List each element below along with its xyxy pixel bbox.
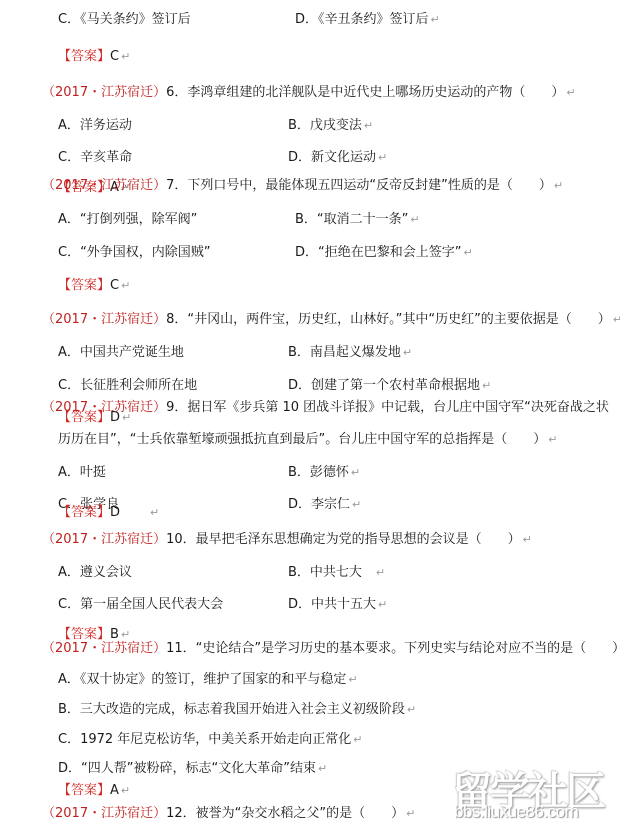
q5-option-c: C．《马关条约》签订后 <box>58 12 191 28</box>
q10-option-a: A．遵义会议 <box>58 565 132 581</box>
q6-option-a: A．洋务运动 <box>58 118 132 134</box>
q9-option-a: A．叶挺 <box>58 465 106 481</box>
q7-option-d: D．“拒绝在巴黎和会上签字”↵ <box>295 245 473 261</box>
q9-stem-continued: 历历在目”，“士兵依靠堑壕顽强抵抗直到最后”。台儿庄中国守军的总指挥是（ ）↵ <box>58 432 557 448</box>
q8-option-b: B．南昌起义爆发地↵ <box>288 345 412 361</box>
q7-answer: 【答案】C↵ <box>58 278 130 294</box>
q8-option-c: C．长征胜利会师所在地 <box>58 378 197 394</box>
q6-option-b: B．戊戌变法↵ <box>288 118 373 134</box>
q8-option-d: D．创建了第一个农村革命根据地↵ <box>288 378 491 394</box>
q7-option-a: A．“打倒列强，除军阀” <box>58 212 197 228</box>
watermark-logo: 留学社区 bbs.liuxue86.com <box>452 760 614 822</box>
q5-answer: 【答案】C↵ <box>58 49 130 65</box>
q10-option-d: D．中共十五大↵ <box>288 597 387 613</box>
q10-stem: （2017・江苏宿迁）10．最早把毛泽东思想确定为党的指导思想的会议是（ ）↵ <box>42 532 532 548</box>
q11-stem: （2017・江苏宿迁）11．“史论结合”是学习历史的基本要求。下列史实与结论对应… <box>42 641 620 657</box>
q6-option-c: C．辛亥革命 <box>58 150 132 166</box>
q9-option-b: B．彭德怀↵ <box>288 465 360 481</box>
q8-stem: （2017・江苏宿迁）8．“井冈山，两件宝，历史红，山林好。”其中“历史红”的主… <box>42 312 620 328</box>
q5-option-d: D．《辛丑条约》签订后↵ <box>295 12 440 28</box>
q10-option-c: C．第一届全国人民代表大会 <box>58 597 223 613</box>
q9-stem: （2017・江苏宿迁）9．据日军《步兵第 10 团战斗详报》中记载，台儿庄中国守… <box>42 400 609 416</box>
q6-stem: （2017・江苏宿迁）6．李鸿章组建的北洋舰队是中近代史上哪场历史运动的产物（ … <box>42 85 576 101</box>
q11-option-c: C．1972 年尼克松访华，中美关系开始走向正常化↵ <box>58 732 363 748</box>
q9-answer: 【答案】D↵ <box>58 505 159 521</box>
q10-option-b: B．中共七大↵ <box>288 565 385 581</box>
q11-option-a: A．《双十协定》的签订，维护了国家的和平与稳定↵ <box>58 672 358 688</box>
watermark-url: bbs.liuxue86.com <box>454 802 578 822</box>
q11-answer: 【答案】A↵ <box>58 783 130 799</box>
q7-option-c: C．“外争国权，内除国贼” <box>58 245 211 261</box>
q9-option-d: D．李宗仁↵ <box>288 497 361 513</box>
q11-option-d: D．“四人帮”被粉碎，标志“文化大革命”结束↵ <box>58 761 327 777</box>
q6-option-d: D．新文化运动↵ <box>288 150 387 166</box>
q11-option-b: B．三大改造的完成，标志着我国开始进入社会主义初级阶段↵ <box>58 702 416 718</box>
q7-option-b: B．“取消二十一条”↵ <box>295 212 420 228</box>
q8-option-a: A．中国共产党诞生地 <box>58 345 184 361</box>
q12-stem: （2017・江苏宿迁）12．被誉为“杂交水稻之父”的是（ ）↵ <box>42 806 415 822</box>
q7-stem: （2017・江苏宿迁）7．下列口号中，最能体现五四运动“反帝反封建”性质的是（ … <box>42 178 563 194</box>
